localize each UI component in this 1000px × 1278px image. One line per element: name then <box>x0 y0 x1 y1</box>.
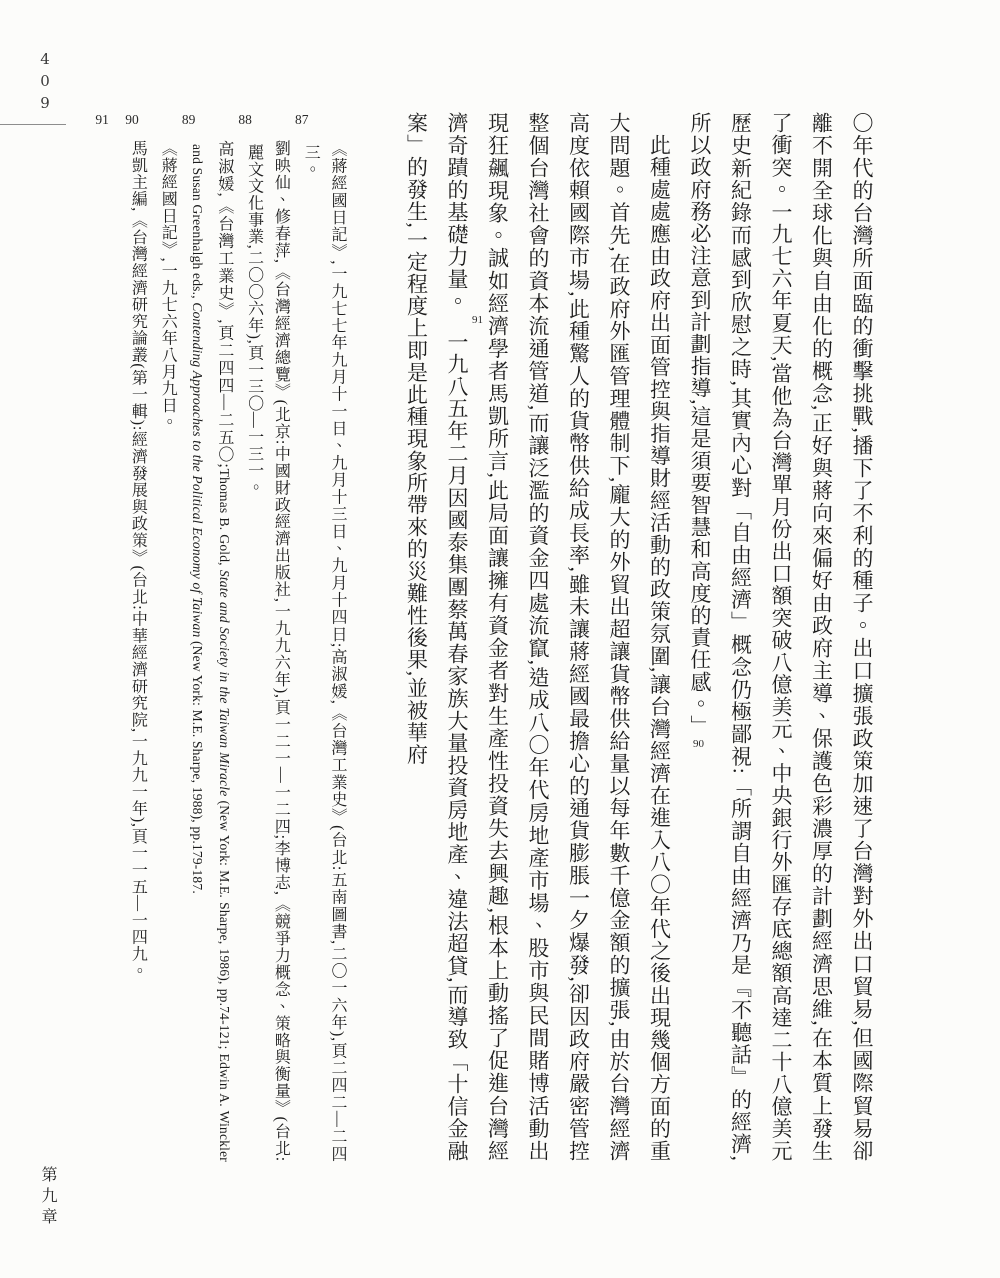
text-run: 馬凱主編,《台灣經濟研究論叢(第一輯):經濟發展與政策》(台北:中華經濟研究院,… <box>129 140 146 979</box>
footnote-number: 91 <box>127 112 147 140</box>
footnote: 89高淑媛,《台灣工業史》,頁二四四—二五〇;Thomas B. Gold, S… <box>183 112 237 1162</box>
footnote-number: 88 <box>270 112 290 140</box>
text-run: 《蔣經國日記》,一九七七年九月十一日、九月十三日、九月十四日;高淑媛,《台灣工業… <box>302 140 346 1162</box>
footnote: 91馬凱主編,《台灣經濟研究論叢(第一輯):經濟發展與政策》(台北:中華經濟研究… <box>124 112 151 1162</box>
text-run: 此種處處應由政府出面管控與指導財經活動的政策氛圍,讓台灣經濟在進入八〇年代之後出… <box>445 112 672 1162</box>
footnote-number: 90 <box>157 112 177 140</box>
footnote: 87《蔣經國日記》,一九七七年九月十一日、九月十三日、九月十四日;高淑媛,《台灣… <box>296 112 350 1162</box>
latin-citation-title: State and Society in the Taiwan Miracle <box>217 570 232 797</box>
footnote: 88劉映仙、修春萍,《台灣經濟總覽》(北京:中國財政經濟出版社,一九九六年),頁… <box>240 112 294 1162</box>
text-run: 劉映仙、修春萍,《台灣經濟總覽》(北京:中國財政經濟出版社,一九九六年),頁一二… <box>246 140 290 1162</box>
header-rule <box>0 124 66 125</box>
text-run: 高淑媛,《台灣工業史》,頁二四四—二五〇; <box>216 140 233 469</box>
paragraph: 〇年代的台灣所面臨的衝擊挑戰,播下了不利的種子。出口擴張政策加速了台灣對外出口貿… <box>680 112 883 1162</box>
page-number: 409 <box>36 50 54 116</box>
footnote-number: 89 <box>214 112 234 140</box>
footnote-ref: 90 <box>693 738 707 752</box>
chapter-label: 第九章 <box>36 1166 59 1229</box>
paragraph: 此種處處應由政府出面管控與指導財經活動的政策氛圍,讓台灣經濟在進入八〇年代之後出… <box>396 112 680 1162</box>
latin-citation: (New York: M.E. Sharpe, 1988), pp.179-18… <box>190 637 205 893</box>
footnote-ref: 91 <box>450 314 464 328</box>
latin-citation-title: Contending Approaches to the Political E… <box>190 302 205 637</box>
footnote: 90《蔣經國日記》,一九七六年八月九日。 <box>153 112 180 1162</box>
main-text: 〇年代的台灣所面臨的衝擊挑戰,播下了不利的種子。出口擴張政策加速了台灣對外出口貿… <box>398 112 882 1162</box>
text-run: 〇年代的台灣所面臨的衝擊挑戰,播下了不利的種子。出口擴張政策加速了台灣對外出口貿… <box>688 112 874 1162</box>
latin-citation: Thomas B. Gold, <box>217 469 232 570</box>
footnote-number: 87 <box>327 112 347 140</box>
footnotes-section: 87《蔣經國日記》,一九七七年九月十一日、九月十三日、九月十四日;高淑媛,《台灣… <box>108 112 350 1162</box>
text-run: 《蔣經國日記》,一九七六年八月九日。 <box>159 140 176 430</box>
book-page: 409 〇年代的台灣所面臨的衝擊挑戰,播下了不利的種子。出口擴張政策加速了台灣對… <box>0 0 1000 1278</box>
